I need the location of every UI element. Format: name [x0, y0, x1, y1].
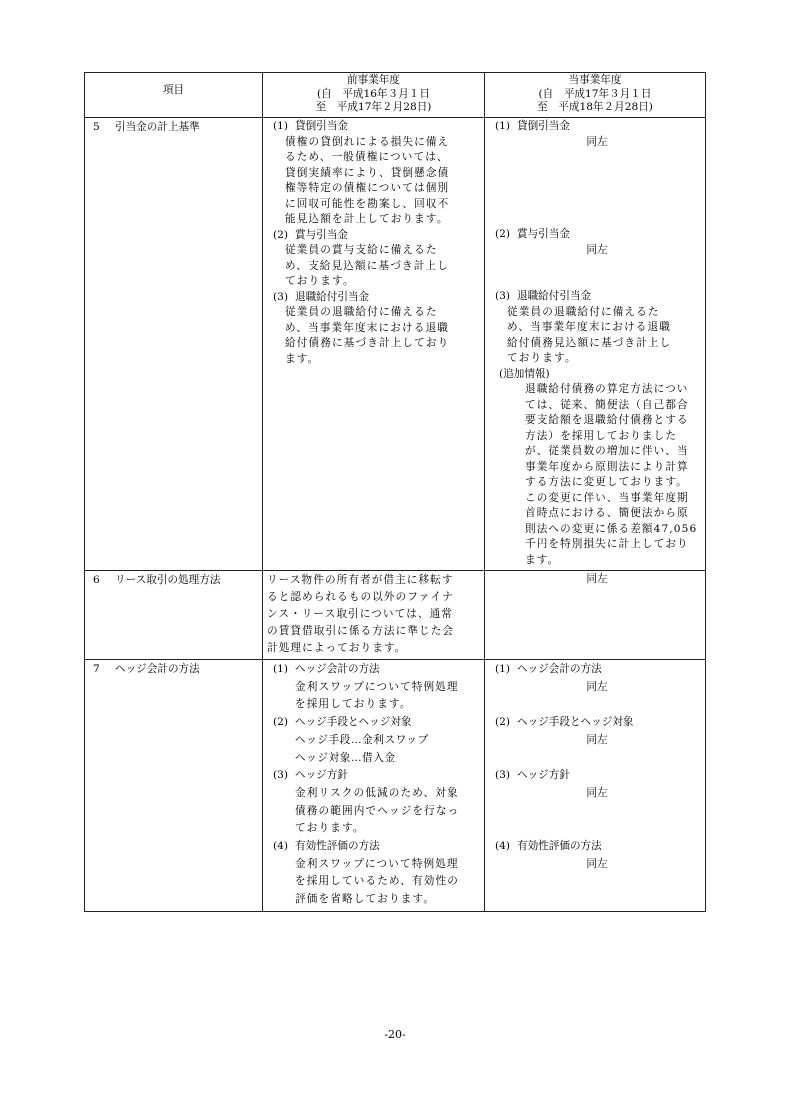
sub-item-text: ヘッジ対象…借入金 [273, 750, 478, 768]
header-curr-title: 当事業年度 [485, 74, 705, 88]
additional-info-text: 方法）を採用しておりました [495, 429, 699, 445]
cell-text: 計処理によっております。 [267, 640, 478, 657]
sub-item-text: ております。 [495, 351, 699, 367]
sub-item-text: 金利リスクの低減のため、対象 [273, 785, 478, 803]
sub-item-text: ます。 [273, 352, 478, 368]
additional-info-text: 首時点における、簡便法から原 [495, 506, 699, 522]
same-as-left: 同左 [495, 856, 699, 874]
header-item-label: 項目 [85, 73, 262, 99]
sub-item-title: (3)ヘッジ方針 [495, 767, 699, 785]
sub-item-title: (1)貸倒引当金 [273, 119, 478, 135]
item-cell: 5引当金の計上基準 [85, 118, 263, 571]
spacer [495, 258, 699, 289]
same-as-left: 同左 [495, 572, 699, 588]
page-number: -20- [0, 1028, 790, 1041]
item-label: ヘッジ会計の方法 [115, 663, 200, 675]
header-curr-period: 当事業年度 (自 平成17年３月１日 至 平成18年２月28日) [485, 73, 706, 118]
additional-info-text: 退職給付債務の算定方法につい [495, 382, 699, 398]
header-curr-from: (自 平成17年３月１日 [485, 88, 705, 102]
sub-item-text: 債務の範囲内でヘッジを行なっ [273, 803, 478, 821]
sub-item-text: 評価を省略しております。 [273, 891, 478, 909]
sub-item-text: 貸倒実績率により、貸倒懸念債 [273, 166, 478, 182]
additional-info-text: 事業年度から原則法により計算 [495, 460, 699, 476]
item-number: 6 [93, 573, 115, 589]
item-cell: 7ヘッジ会計の方法 [85, 660, 263, 912]
additional-info-text: 則法への変更に係る差額47,056 [495, 522, 699, 538]
header-prev-title: 前事業年度 [263, 74, 484, 88]
sub-item-text: ております。 [273, 274, 478, 290]
table-row: 6リース取引の処理方法 リース物件の所有者が借主に移転す ると認められるもの以外… [85, 571, 706, 660]
header-prev-to: 至 平成17年２月28日) [263, 101, 484, 115]
sub-item-title: (3)退職給付引当金 [273, 290, 478, 306]
cell-text: ンス・リース取引については、通常 [267, 606, 478, 623]
sub-item-text: 金利スワップについて特例処理 [273, 856, 478, 874]
same-as-left: 同左 [495, 732, 699, 750]
same-as-left: 同左 [495, 135, 699, 151]
sub-item-text: 従業員の退職給付に備えるた [495, 305, 699, 321]
header-prev-from: (自 平成16年３月１日 [263, 88, 484, 102]
curr-period-cell: (1)貸倒引当金 同左 (2)賞与引当金 同左 (3)退職給付引当金 従業員の退… [485, 118, 706, 571]
sub-item-title: (4)有効性評価の方法 [495, 838, 699, 856]
additional-info-text: 千円を特別損失に計上しており [495, 537, 699, 553]
sub-item-title: (2)賞与引当金 [495, 227, 699, 243]
sub-item-text: ております。 [273, 820, 478, 838]
sub-item-title: (1)ヘッジ会計の方法 [273, 661, 478, 679]
sub-item-text: 従業員の賞与支給に備えるた [273, 243, 478, 259]
sub-item-text: め、当事業年度末における退職 [495, 320, 699, 336]
sub-item-text: 権等特定の債権については個別 [273, 181, 478, 197]
sub-item-title: (3)退職給付引当金 [495, 289, 699, 305]
same-as-left: 同左 [495, 243, 699, 259]
spacer [495, 803, 699, 838]
sub-item-title: (2)ヘッジ手段とヘッジ対象 [273, 714, 478, 732]
header-item: 項目 [85, 73, 263, 118]
sub-item-text: め、当事業年度末における退職 [273, 321, 478, 337]
header-curr-to: 至 平成18年２月28日) [485, 101, 705, 115]
sub-item-title: (2)賞与引当金 [273, 228, 478, 244]
spacer [495, 696, 699, 714]
additional-info-text: が、従業員数の増加に伴い、当 [495, 444, 699, 460]
item-number: 5 [93, 120, 115, 136]
sub-item-title: (1)ヘッジ会計の方法 [495, 661, 699, 679]
item-label: リース取引の処理方法 [115, 574, 220, 586]
sub-item-text: るため、一般債権については、 [273, 150, 478, 166]
spacer [495, 750, 699, 768]
table-row: 5引当金の計上基準 (1)貸倒引当金 債権の貸倒れによる損失に備え るため、一般… [85, 118, 706, 571]
curr-period-cell: 同左 [485, 571, 706, 660]
sub-item-title: (2)ヘッジ手段とヘッジ対象 [495, 714, 699, 732]
prev-period-cell: (1)貸倒引当金 債権の貸倒れによる損失に備え るため、一般債権については、 貸… [263, 118, 485, 571]
same-as-left: 同左 [495, 785, 699, 803]
sub-item-title: (4)有効性評価の方法 [273, 838, 478, 856]
additional-info-text: する方法に変更しております。 [495, 475, 699, 491]
sub-item-text: 給付債務見込額に基づき計上し [495, 336, 699, 352]
table-row: 7ヘッジ会計の方法 (1)ヘッジ会計の方法 金利スワップについて特例処理 を採用… [85, 660, 706, 912]
item-number: 7 [93, 662, 115, 678]
cell-text: の賃貸借取引に係る方法に準じた会 [267, 623, 478, 640]
sub-item-text: 給付債務に基づき計上しており [273, 336, 478, 352]
accounting-policy-table: 項目 前事業年度 (自 平成16年３月１日 至 平成17年２月28日) 当事業年… [84, 72, 706, 912]
header-prev-period: 前事業年度 (自 平成16年３月１日 至 平成17年２月28日) [263, 73, 485, 118]
cell-text: リース物件の所有者が借主に移転す [267, 572, 478, 589]
sub-item-text: を採用しているため、有効性の [273, 873, 478, 891]
spacer [495, 150, 699, 227]
item-cell: 6リース取引の処理方法 [85, 571, 263, 660]
prev-period-cell: (1)ヘッジ会計の方法 金利スワップについて特例処理 を採用しております。 (2… [263, 660, 485, 912]
sub-item-text: 能見込額を計上しております。 [273, 212, 478, 228]
curr-period-cell: (1)ヘッジ会計の方法 同左 (2)ヘッジ手段とヘッジ対象 同左 (3)ヘッジ方… [485, 660, 706, 912]
sub-item-title: (1)貸倒引当金 [495, 119, 699, 135]
sub-item-text: 金利スワップについて特例処理 [273, 679, 478, 697]
sub-item-text: ヘッジ手段…金利スワップ [273, 732, 478, 750]
sub-item-title: (3)ヘッジ方針 [273, 767, 478, 785]
additional-info-text: ます。 [495, 553, 699, 569]
item-label: 引当金の計上基準 [115, 121, 200, 133]
sub-item-text: 債権の貸倒れによる損失に備え [273, 135, 478, 151]
additional-info-title: (追加情報) [495, 367, 699, 383]
additional-info-text: この変更に伴い、当事業年度期 [495, 491, 699, 507]
document-page: 項目 前事業年度 (自 平成16年３月１日 至 平成17年２月28日) 当事業年… [0, 0, 790, 1118]
sub-item-text: 従業員の退職給付に備えるた [273, 305, 478, 321]
sub-item-text: に回収可能性を勘案し、回収不 [273, 197, 478, 213]
prev-period-cell: リース物件の所有者が借主に移転す ると認められるもの以外のファイナ ンス・リース… [263, 571, 485, 660]
sub-item-text: を採用しております。 [273, 696, 478, 714]
same-as-left: 同左 [495, 679, 699, 697]
table-header-row: 項目 前事業年度 (自 平成16年３月１日 至 平成17年２月28日) 当事業年… [85, 73, 706, 118]
cell-text: ると認められるもの以外のファイナ [267, 589, 478, 606]
additional-info-text: 要支給額を退職給付債務とする [495, 413, 699, 429]
sub-item-text: め、支給見込額に基づき計上し [273, 259, 478, 275]
additional-info-text: ては、従来、簡便法（自己都合 [495, 398, 699, 414]
